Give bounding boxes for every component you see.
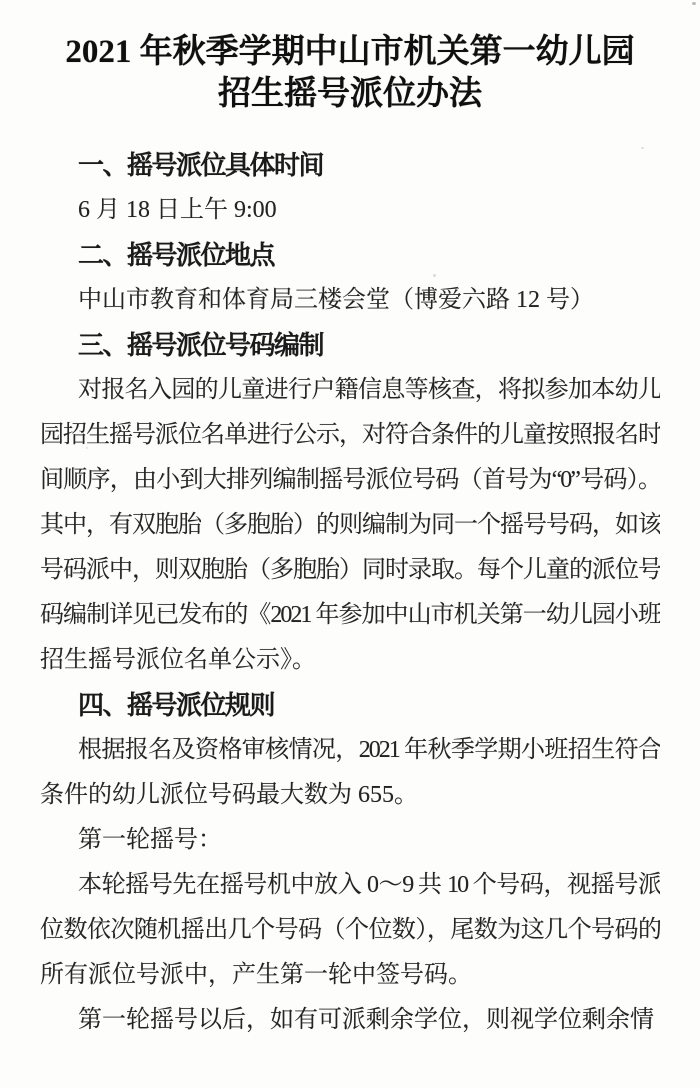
text-lottery-location: 中山市教育和体育局三楼会堂（博爱六路 12 号）: [40, 278, 660, 323]
section-3-heading-numbering: 三、摇号派位号码编制: [40, 323, 660, 368]
para-after-first-round-line-1: 第一轮摇号以后，如有可派剩余学位，则视学位剩余情况: [40, 998, 660, 1043]
para-first-round-line-1: 本轮摇号先在摇号机中放入 0～9 共 10 个号码，视摇号派: [40, 863, 660, 908]
scanned-document-page: 2021 年秋季学期中山市机关第一幼儿园 招生摇号派位办法 一、摇号派位具体时间…: [0, 0, 700, 1088]
para-numbering-line-4: 其中，有双胞胎（多胞胎）的则编制为同一个摇号号码，如该: [40, 503, 660, 548]
document-title: 2021 年秋季学期中山市机关第一幼儿园 招生摇号派位办法: [0, 0, 700, 115]
document-body: 一、摇号派位具体时间 6 月 18 日上午 9:00 二、摇号派位地点 中山市教…: [0, 143, 700, 1043]
document-title-line-2: 招生摇号派位办法: [0, 73, 700, 115]
para-numbering-line-5: 号码派中，则双胞胎（多胞胎）同时录取。每个儿童的派位号: [40, 548, 660, 593]
para-rules-line-2: 条件的幼儿派位号码最大数为 655。: [40, 773, 660, 818]
para-first-round-line-2: 位数依次随机摇出几个号码（个位数），尾数为这几个号码的: [40, 908, 660, 953]
para-numbering-line-3: 间顺序，由小到大排列编制摇号派位号码（首号为“0”号码）。: [40, 458, 660, 503]
text-lottery-time: 6 月 18 日上午 9:00: [40, 188, 660, 233]
section-4-heading-rules: 四、摇号派位规则: [40, 683, 660, 728]
para-numbering-line-7: 招生摇号派位名单公示》。: [40, 638, 660, 683]
para-rules-line-1: 根据报名及资格审核情况，2021 年秋季学期小班招生符合: [40, 728, 660, 773]
para-numbering-line-2: 园招生摇号派位名单进行公示，对符合条件的儿童按照报名时: [40, 413, 660, 458]
section-2-heading-location: 二、摇号派位地点: [40, 233, 660, 278]
text-first-round-label: 第一轮摇号：: [40, 818, 660, 863]
para-numbering-line-1: 对报名入园的儿童进行户籍信息等核查，将拟参加本幼儿: [40, 368, 660, 413]
para-numbering-line-6: 码编制详见已发布的《2021 年参加中山市机关第一幼儿园小班: [40, 593, 660, 638]
section-1-heading-time: 一、摇号派位具体时间: [40, 143, 660, 188]
document-title-line-1: 2021 年秋季学期中山市机关第一幼儿园: [0, 31, 700, 73]
para-first-round-line-3: 所有派位号派中，产生第一轮中签号码。: [40, 953, 660, 998]
